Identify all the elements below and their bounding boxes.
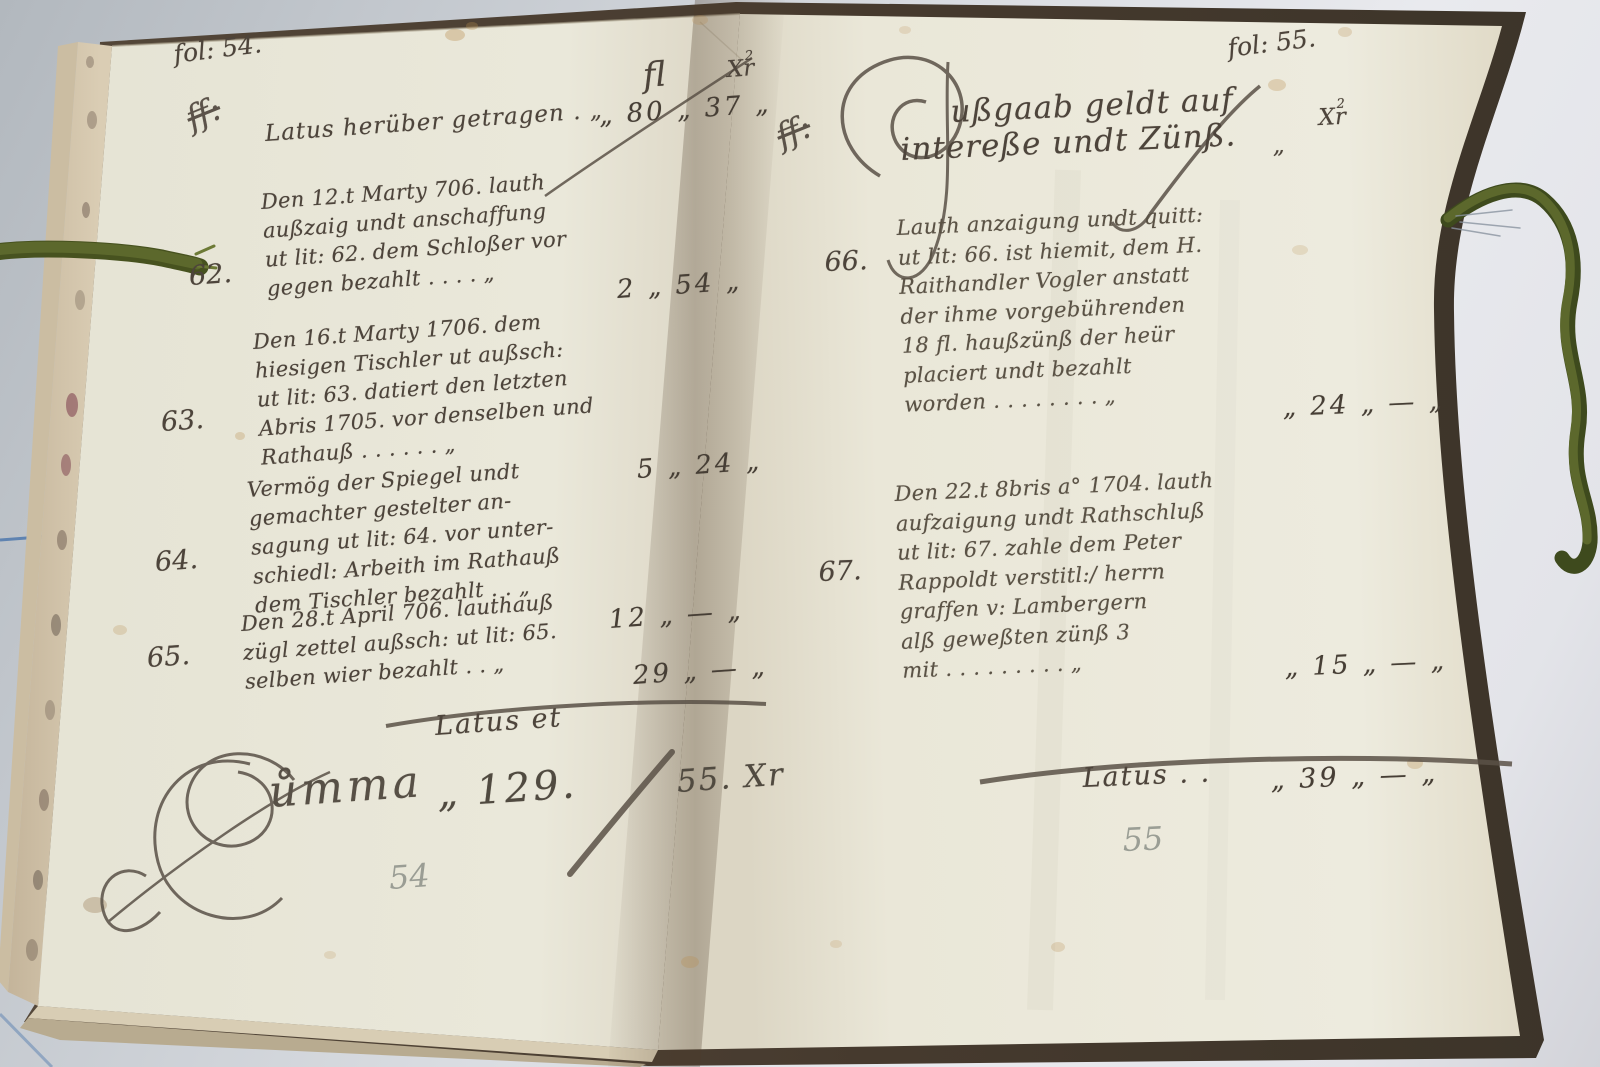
book-artwork xyxy=(0,0,1600,1067)
right-column-sep: „ xyxy=(1272,131,1285,160)
entry-67-body: Den 22.t 8bris a° 1704. lauth aufzaigung… xyxy=(894,463,1303,687)
entry-62-number: 62. xyxy=(188,259,233,291)
summa-word: ůmma xyxy=(268,767,424,807)
entry-67-number: 67. xyxy=(818,556,862,587)
right-pencil-folio: 55 xyxy=(1122,824,1164,855)
entry-64-number: 64. xyxy=(154,545,199,577)
summa-value-fl: „ 129. xyxy=(436,770,578,809)
entry-66-number: 66. xyxy=(824,246,868,277)
entry-66-body: Lauth anzaigung undt quitt: ut lit: 66. … xyxy=(896,197,1305,421)
summa-value-xr: 55. Xr xyxy=(676,760,786,796)
right-latus-amount: „ 39 „ — „ xyxy=(1270,759,1439,795)
left-pencil-folio: 54 xyxy=(388,861,431,893)
tie-cord-right xyxy=(1448,188,1590,566)
entry-63-number: 63. xyxy=(160,405,205,437)
left-column-florin: fl xyxy=(642,60,667,91)
entry-63-body: Den 16.t Marty 1706. dem hiesigen Tischl… xyxy=(252,301,651,473)
right-column-kreuzer-sup: 2 xyxy=(1336,90,1346,119)
manuscript-photo: fol: 54. ff: Latus herüber getragen . „ … xyxy=(0,0,1600,1067)
right-latus-label: Latus . . xyxy=(1082,758,1212,793)
entry-65-number: 65. xyxy=(146,641,191,673)
